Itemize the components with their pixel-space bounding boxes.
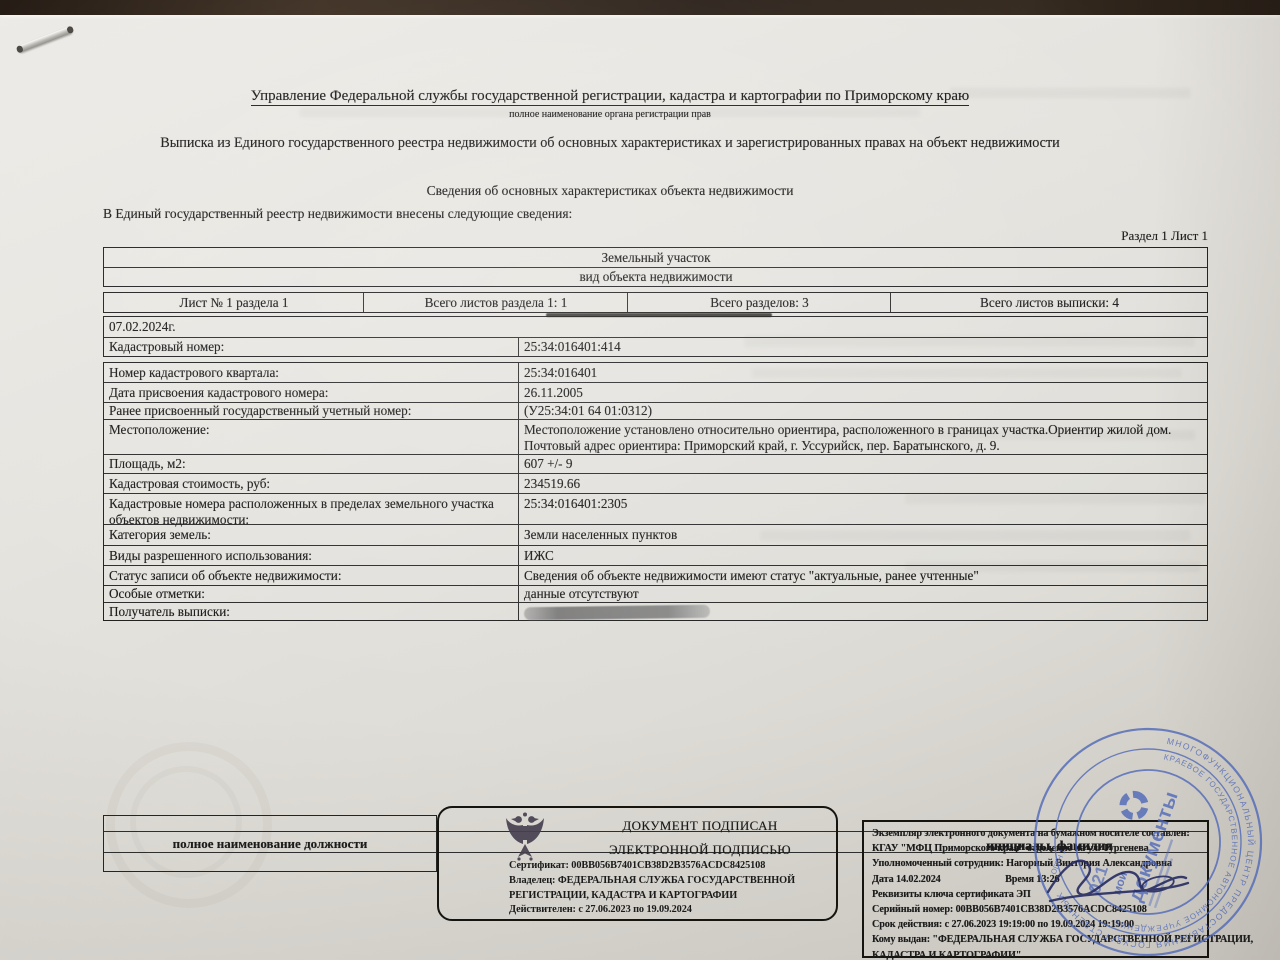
- row-label: Номер кадастрового квартала:: [104, 363, 519, 382]
- scan-artifact: [546, 313, 772, 317]
- row-label: Получатель выписки:: [104, 603, 519, 620]
- sheet-info-table: Лист № 1 раздела 1 Всего листов раздела …: [103, 292, 1208, 313]
- table-row: Получатель выписки:: [104, 602, 1207, 620]
- sheet-info-cell: Всего листов выписки: 4: [891, 293, 1207, 312]
- esign-owner1: Владелец: ФЕДЕРАЛЬНАЯ СЛУЖБА ГОСУДАРСТВЕ…: [509, 875, 795, 886]
- row-label: Площадь, м2:: [104, 455, 519, 473]
- table-row: Площадь, м2: 607 +/- 9: [104, 454, 1207, 473]
- table-row: Категория земель: Земли населенных пункт…: [104, 524, 1207, 545]
- table-row: 07.02.2024г.: [104, 317, 1207, 337]
- date-table: 07.02.2024г. Кадастровый номер: 25:34:01…: [103, 316, 1208, 357]
- redaction-smudge: [524, 604, 710, 620]
- sheet-info-cell: Всего листов раздела 1: 1: [364, 293, 628, 312]
- row-value: 25:34:016401: [519, 363, 1207, 382]
- recipient-redacted: [519, 603, 1207, 620]
- document-title: Выписка из Единого государственного реес…: [60, 135, 1160, 152]
- table-row: вид объекта недвижимости: [104, 267, 1207, 286]
- row-value: 25:34:016401:414: [519, 338, 1207, 356]
- section-page-label: Раздел 1 Лист 1: [908, 228, 1208, 244]
- section-title: Сведения об основных характеристиках объ…: [60, 183, 1160, 199]
- row-value: данные отсутствуют: [519, 586, 1207, 602]
- row-value: ИЖС: [519, 546, 1207, 565]
- table-row: Виды разрешенного использования: ИЖС: [104, 545, 1207, 565]
- double-eagle-emblem-icon: [505, 811, 545, 863]
- row-value: 26.11.2005: [519, 383, 1207, 402]
- table-row: Местоположение: Местоположение установле…: [104, 419, 1207, 454]
- table-row: Кадастровая стоимость, руб: 234519.66: [104, 473, 1207, 493]
- row-label: Виды разрешенного использования:: [104, 546, 519, 565]
- row-value: Земли населенных пунктов: [519, 525, 1207, 545]
- esign-owner2: РЕГИСТРАЦИИ, КАДАСТРА И КАРТОГРАФИИ: [509, 890, 737, 901]
- row-label: Категория земель:: [104, 525, 519, 545]
- esign-line1: ДОКУМЕНТ ПОДПИСАН: [569, 818, 831, 834]
- position-label: полное наименование должности: [103, 836, 437, 852]
- esign-line2: ЭЛЕКТРОННОЙ ПОДПИСЬЮ: [569, 842, 831, 858]
- row-label: Особые отметки:: [104, 586, 519, 602]
- extract-date: 07.02.2024г.: [104, 317, 1207, 337]
- sheet-info-cell: Лист № 1 раздела 1: [104, 293, 364, 312]
- row-label: Дата присвоения кадастрового номера:: [104, 383, 519, 402]
- row-value: 234519.66: [519, 474, 1207, 493]
- row-label: Кадастровый номер:: [104, 338, 519, 356]
- object-type-table: Земельный участок вид объекта недвижимос…: [103, 247, 1208, 287]
- paperclip: [17, 26, 74, 53]
- row-value: Местоположение установлено относительно …: [519, 420, 1207, 454]
- table-row: Лист № 1 раздела 1 Всего листов раздела …: [104, 293, 1207, 312]
- row-label: Кадастровая стоимость, руб:: [104, 474, 519, 493]
- row-label: Ранее присвоенный государственный учетны…: [104, 403, 519, 419]
- attributes-table: Номер кадастрового квартала: 25:34:01640…: [103, 362, 1208, 621]
- esignature-stamp-box: ДОКУМЕНТ ПОДПИСАН ЭЛЕКТРОННОЙ ПОДПИСЬЮ С…: [437, 806, 838, 921]
- table-row: Номер кадастрового квартала: 25:34:01640…: [104, 363, 1207, 382]
- mfc-date: Дата 14.02.2024: [872, 874, 941, 885]
- row-value: (У25:34:01 64 01:0312): [519, 403, 1207, 419]
- mfc-round-stamp: МНОГОФУНКЦИОНАЛЬНЫЙ ЦЕНТР ПРЕДОСТАВЛЕНИЯ…: [1022, 718, 1274, 960]
- table-row: Кадастровый номер: 25:34:016401:414: [104, 337, 1207, 356]
- authority-caption: полное наименование органа регистрации п…: [60, 109, 1160, 120]
- table-row: Ранее присвоенный государственный учетны…: [104, 402, 1207, 419]
- desk-surface: [0, 0, 1280, 15]
- handwritten-signature: [1038, 846, 1198, 910]
- table-row: Земельный участок: [104, 248, 1207, 267]
- object-type-value: Земельный участок: [104, 248, 1207, 267]
- table-row: Кадастровые номера расположенных в преде…: [104, 493, 1207, 524]
- row-value: 25:34:016401:2305: [519, 494, 1207, 524]
- registration-authority-title: Управление Федеральной службы государств…: [60, 88, 1160, 105]
- table-row: Статус записи об объекте недвижимости: С…: [104, 565, 1207, 585]
- document-photo: Управление Федеральной службы государств…: [0, 0, 1280, 960]
- object-type-caption: вид объекта недвижимости: [104, 268, 1207, 286]
- esign-certificate: Сертификат: 00BB056B7401CB38D2B3576ACDC8…: [509, 860, 765, 871]
- table-row: Особые отметки: данные отсутствуют: [104, 585, 1207, 602]
- esign-validity: Действителен: с 27.06.2023 по 19.09.2024: [509, 904, 692, 915]
- row-label: Местоположение:: [104, 420, 519, 454]
- table-row: Дата присвоения кадастрового номера: 26.…: [104, 382, 1207, 402]
- row-value: Сведения об объекте недвижимости имеют с…: [519, 566, 1207, 585]
- row-label: Кадастровые номера расположенных в преде…: [104, 494, 519, 524]
- row-value: 607 +/- 9: [519, 455, 1207, 473]
- intro-line: В Единый государственный реестр недвижим…: [103, 206, 572, 222]
- row-label: Статус записи об объекте недвижимости:: [104, 566, 519, 585]
- sheet-info-cell: Всего разделов: 3: [628, 293, 891, 312]
